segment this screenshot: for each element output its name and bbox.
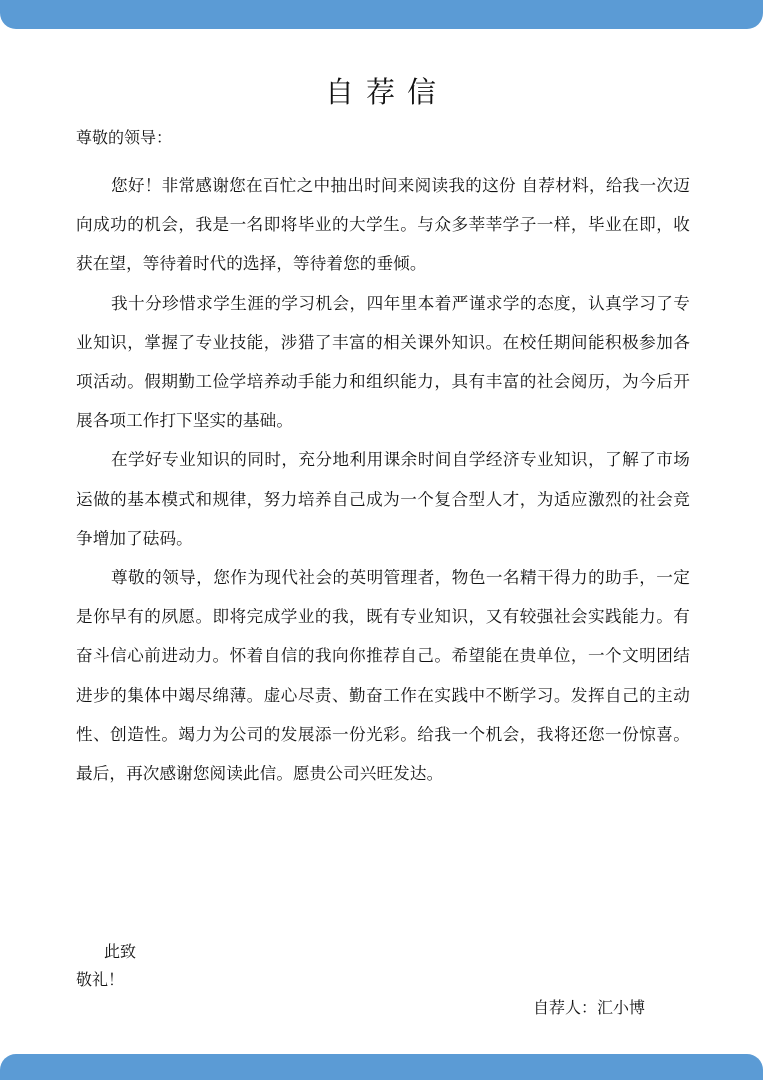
letter-body: 您好！非常感谢您在百忙之中抽出时间来阅读我的这份 自荐材料，给我一次迈向成功的机… (76, 166, 690, 793)
header-accent-bar (0, 0, 763, 29)
document-title: 自荐信 (0, 72, 763, 112)
signature: 自荐人：汇小博 (533, 996, 645, 1020)
closing-line-2: 敬礼！ (76, 968, 124, 992)
footer-accent-bar (0, 1054, 763, 1080)
paragraph-study: 我十分珍惜求学生涯的学习机会，四年里本着严谨求学的态度，认真学习了专业知识，掌握… (76, 284, 690, 441)
paragraph-economics: 在学好专业知识的同时，充分地利用课余时间自学经济专业知识，了解了市场运做的基本模… (76, 440, 690, 558)
paragraph-greeting: 您好！非常感谢您在百忙之中抽出时间来阅读我的这份 自荐材料，给我一次迈向成功的机… (76, 166, 690, 284)
paragraph-appeal: 尊敬的领导，您作为现代社会的英明管理者，物色一名精干得力的助手，一定是你早有的夙… (76, 558, 690, 793)
closing-line-1: 此致 (104, 940, 136, 964)
salutation: 尊敬的领导： (76, 126, 172, 150)
